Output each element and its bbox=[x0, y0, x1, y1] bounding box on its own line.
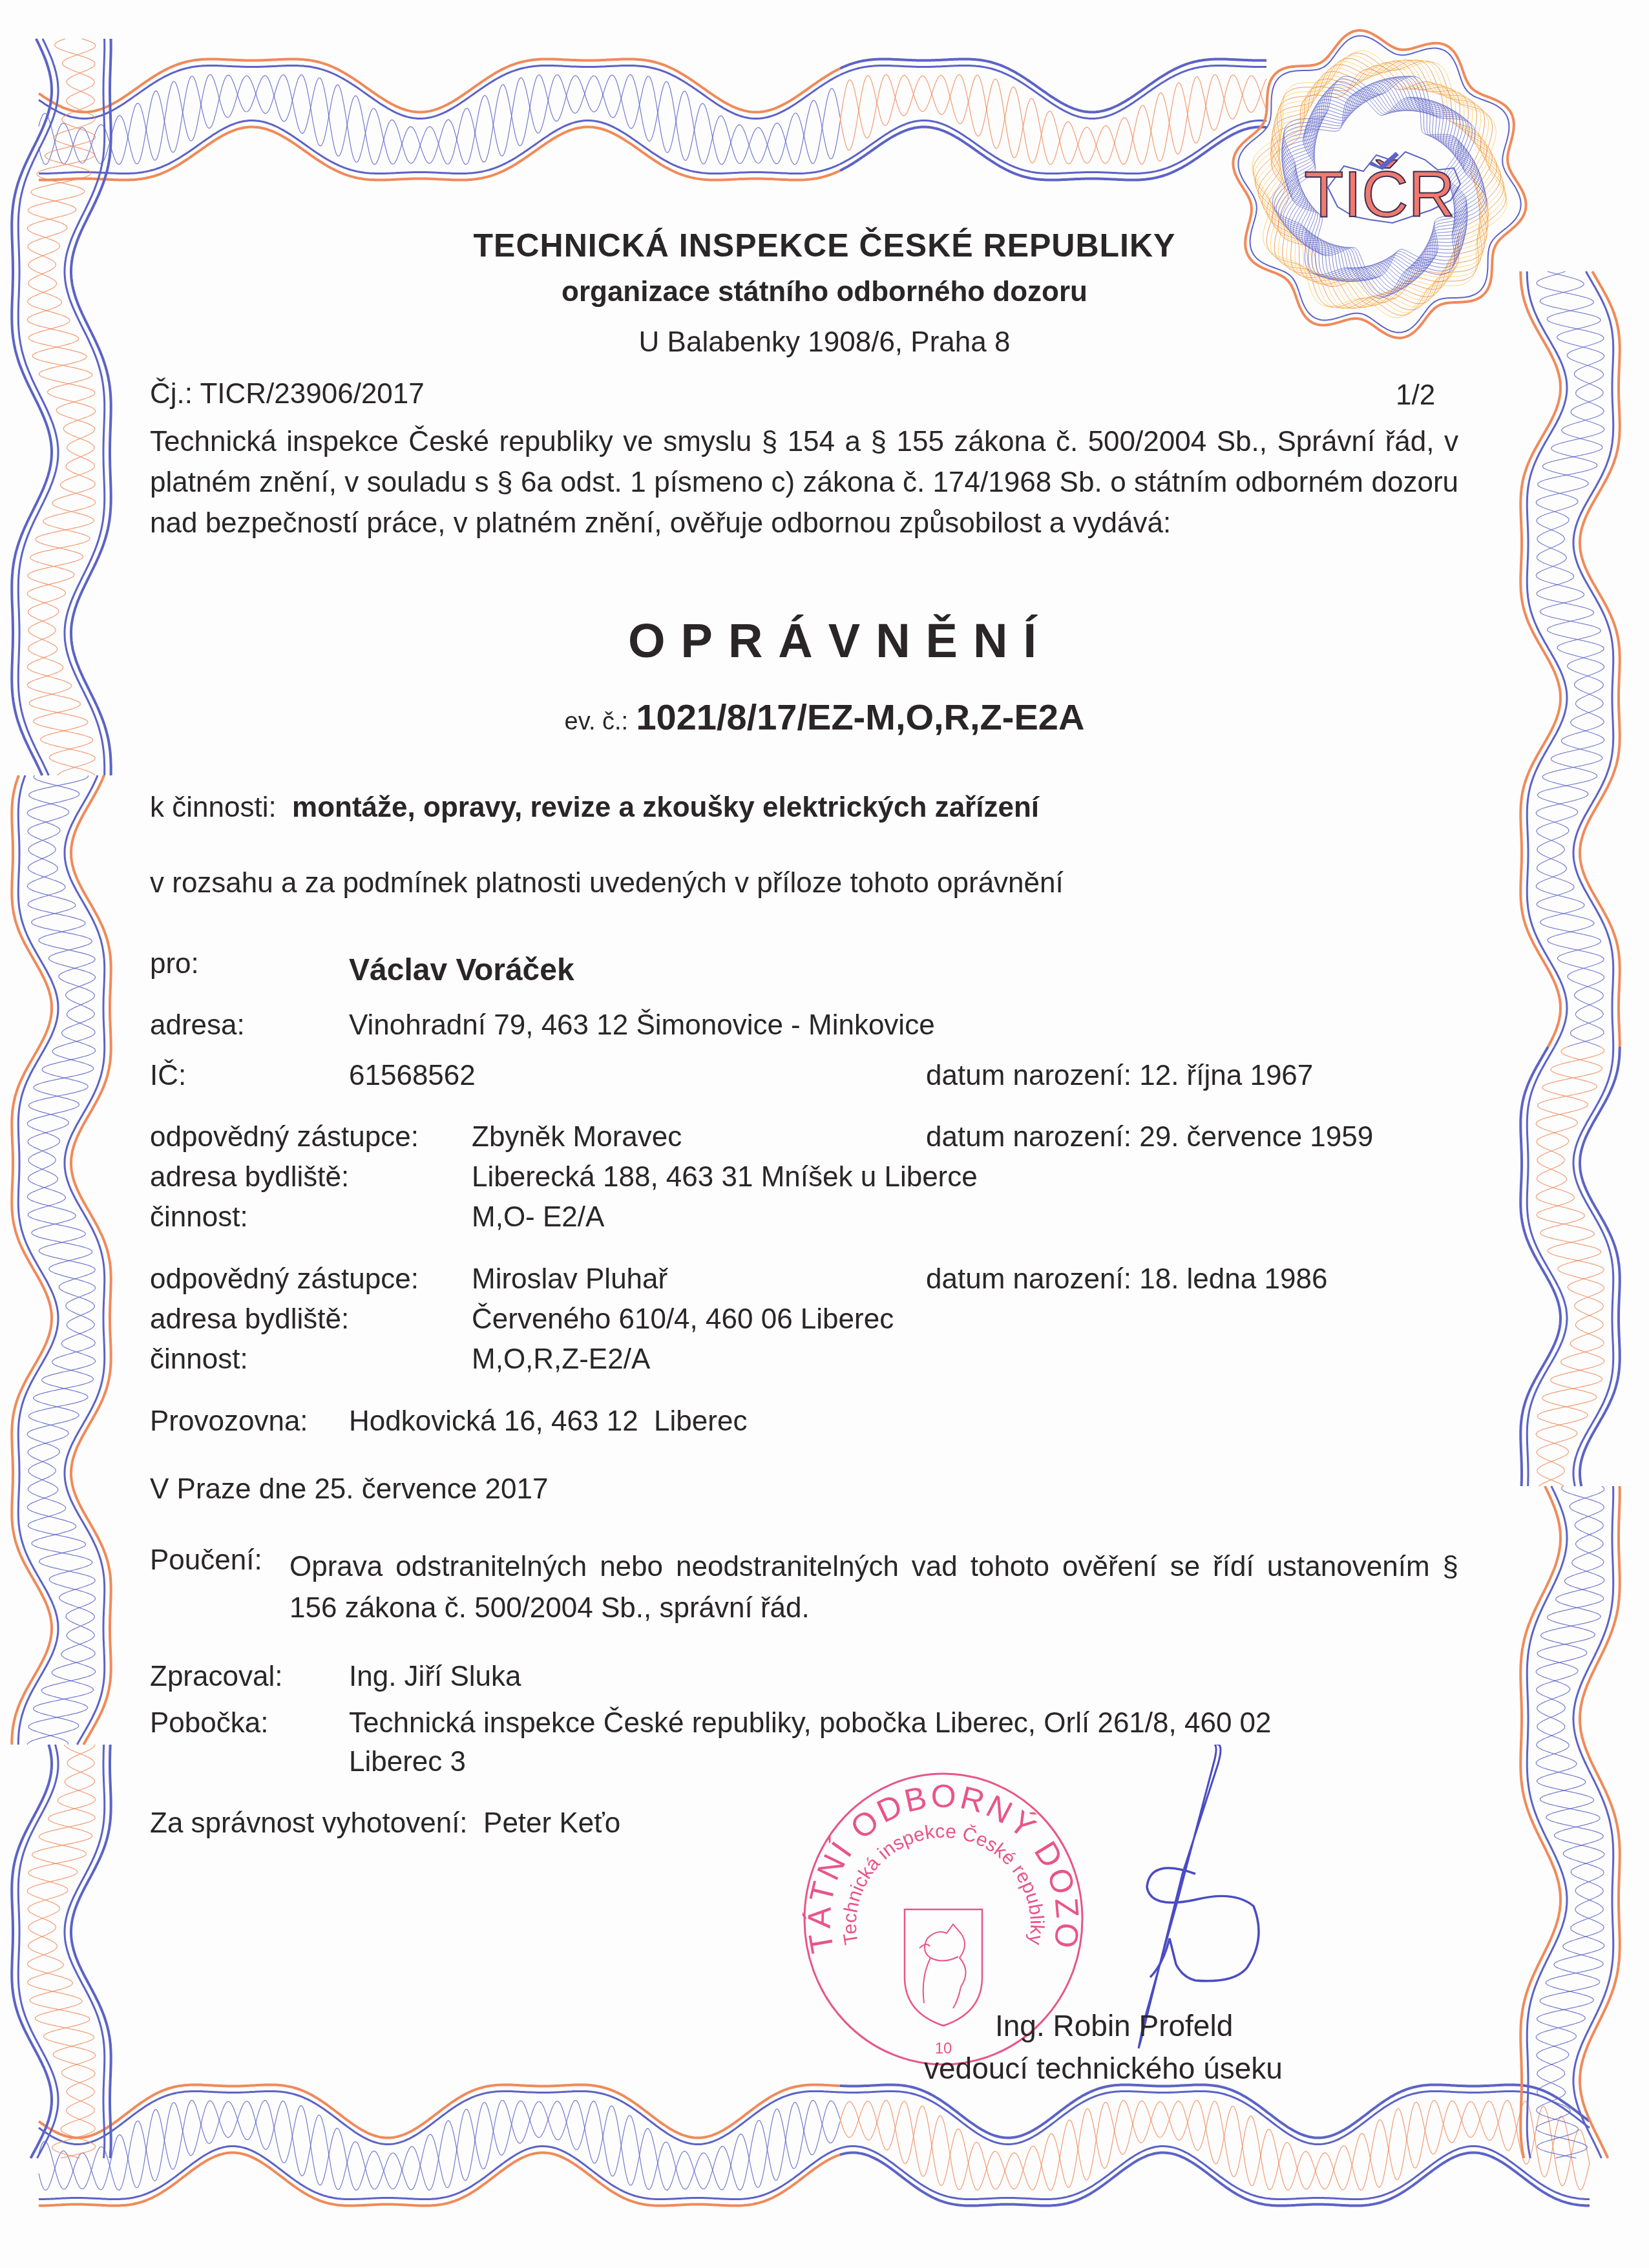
page-number: 1/2 bbox=[1396, 381, 1435, 410]
reference-number: Čj.: TICR/23906/2017 bbox=[150, 380, 425, 408]
preamble-paragraph: Technická inspekce České republiky ve sm… bbox=[150, 421, 1458, 543]
rep2-role-label: odpovědný zástupce: bbox=[150, 1265, 419, 1294]
organization-subtitle: organizace státního odborného dozoru bbox=[0, 278, 1649, 306]
holder-ic-label: IČ: bbox=[150, 1062, 186, 1090]
holder-birth-label: datum narození: bbox=[926, 1060, 1131, 1091]
activity-value: montáže, opravy, revize a zkoušky elektr… bbox=[292, 792, 1039, 823]
verified-by-value: Peter Keťo bbox=[483, 1807, 620, 1839]
rep1-role-label: odpovědný zástupce: bbox=[150, 1123, 419, 1151]
registration-label: ev. č.: bbox=[565, 708, 629, 735]
rep2-name: Miroslav Pluhař bbox=[472, 1265, 667, 1294]
rep1-name: Zbyněk Moravec bbox=[472, 1123, 682, 1151]
premises-label: Provozovna: bbox=[150, 1407, 308, 1436]
organization-name: TECHNICKÁ INSPEKCE ČESKÉ REPUBLIKY bbox=[0, 229, 1649, 262]
document-title: OPRÁVNĚNÍ bbox=[0, 617, 1649, 665]
scope-note: v rozsahu a za podmínek platnosti uveden… bbox=[150, 869, 1064, 898]
branch-label: Pobočka: bbox=[150, 1709, 268, 1738]
rep2-birth: datum narození: 18. ledna 1986 bbox=[926, 1265, 1327, 1294]
holder-birth-value: 12. října 1967 bbox=[1139, 1060, 1313, 1091]
processed-by-label: Zpracoval: bbox=[150, 1663, 282, 1691]
reference-value: TICR/23906/2017 bbox=[200, 378, 424, 410]
holder-birth: datum narození: 12. října 1967 bbox=[926, 1062, 1313, 1090]
activity-line: k činnosti: montáže, opravy, revize a zk… bbox=[150, 793, 1039, 822]
branch-line2: Liberec 3 bbox=[349, 1748, 466, 1776]
instruction-text: Oprava odstranitelných nebo neodstranite… bbox=[289, 1546, 1458, 1629]
rep2-activity: M,O,R,Z-E2/A bbox=[472, 1345, 650, 1374]
holder-address-label: adresa: bbox=[150, 1011, 245, 1040]
certificate-page: TIČR TECHNICKÁ INSPEKCE ČESKÉ REPUBLIKY … bbox=[0, 0, 1649, 2268]
activity-label: k činnosti: bbox=[150, 792, 277, 823]
svg-text:TIČR: TIČR bbox=[1304, 158, 1455, 231]
rep1-activity: M,O- E2/A bbox=[472, 1203, 604, 1232]
rep1-address: Liberecká 188, 463 31 Mníšek u Liberce bbox=[472, 1163, 978, 1192]
issue-date: V Praze dne 25. července 2017 bbox=[150, 1475, 548, 1504]
verified-by: Za správnost vyhotovení: Peter Keťo bbox=[150, 1809, 620, 1838]
registration-value: 1021/8/17/EZ-M,O,R,Z-E2A bbox=[636, 697, 1084, 737]
premises-value: Hodkovická 16, 463 12 Liberec bbox=[349, 1407, 747, 1436]
rep1-birth-label: datum narození: bbox=[926, 1121, 1131, 1153]
rep2-activity-label: činnost: bbox=[150, 1345, 248, 1374]
organization-address: U Balabenky 1908/6, Praha 8 bbox=[0, 328, 1649, 357]
reference-label: Čj.: bbox=[150, 378, 193, 410]
holder-address: Vinohradní 79, 463 12 Šimonovice - Minko… bbox=[349, 1011, 935, 1040]
holder-ic: 61568562 bbox=[349, 1062, 476, 1090]
rep1-birth: datum narození: 29. července 1959 bbox=[926, 1123, 1373, 1151]
signatory-position: vedoucí technického úseku bbox=[924, 2053, 1283, 2083]
rep1-activity-label: činnost: bbox=[150, 1203, 248, 1232]
verified-by-label: Za správnost vyhotovení: bbox=[150, 1807, 468, 1839]
rep2-address: Červeného 610/4, 460 06 Liberec bbox=[472, 1305, 894, 1334]
rep2-birth-value: 18. ledna 1986 bbox=[1139, 1263, 1327, 1295]
branch-line1: Technická inspekce České republiky, pobo… bbox=[349, 1709, 1272, 1738]
rep1-address-label: adresa bydliště: bbox=[150, 1163, 349, 1192]
instruction-label: Poučení: bbox=[150, 1546, 262, 1575]
signatory-name: Ing. Robin Profeld bbox=[995, 2011, 1233, 2041]
rep2-birth-label: datum narození: bbox=[926, 1263, 1131, 1295]
processed-by-value: Ing. Jiří Sluka bbox=[349, 1663, 521, 1691]
registration-number: ev. č.: 1021/8/17/EZ-M,O,R,Z-E2A bbox=[0, 699, 1649, 735]
holder-name: Václav Voráček bbox=[349, 955, 574, 986]
holder-for-label: pro: bbox=[150, 950, 199, 978]
rep2-address-label: adresa bydliště: bbox=[150, 1305, 349, 1334]
rep1-birth-value: 29. července 1959 bbox=[1139, 1121, 1373, 1153]
